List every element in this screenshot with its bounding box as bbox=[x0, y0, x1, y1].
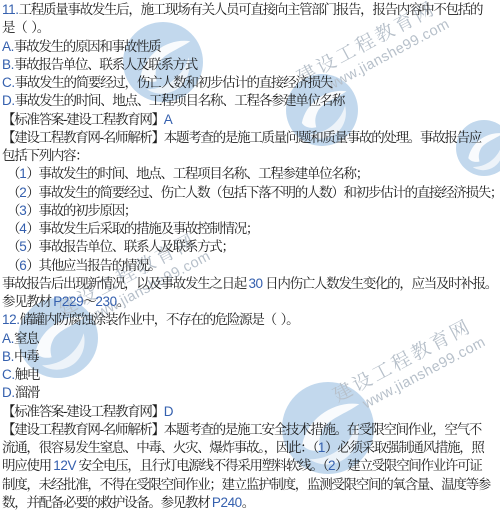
text-segment: 储罐内防腐蚀涂装作业中，不存在的危险源是（ ）。 bbox=[20, 312, 299, 327]
highlighted-text: D. bbox=[2, 93, 15, 108]
highlighted-text: 1 bbox=[318, 440, 325, 455]
text-segment: ）事故发生的简要经过、伤亡人数（包括下落不明的人数）和初步估计的直接经济损失； bbox=[26, 185, 500, 200]
text-line: 制度，未经批准，不得在受限空间作业；建立监护制度，监测受限空间的氧含量、温度等参 bbox=[2, 476, 499, 494]
text-segment: （ bbox=[7, 239, 19, 254]
text-segment: 。 bbox=[117, 294, 129, 309]
text-segment: 事故发生的原因和事故性质 bbox=[14, 39, 160, 54]
text-line: 【标准答案-建设工程教育网】D bbox=[2, 403, 499, 421]
text-segment: ）事故发生的时间、地点、工程项目名称、工程参建单位名称； bbox=[26, 166, 368, 181]
highlighted-text: C. bbox=[2, 75, 15, 90]
text-segment: 事故发生的简要经过，伤亡人数和初步估计的直接经济损失 bbox=[15, 75, 332, 90]
text-segment: 【标准答案-建设工程教育网】 bbox=[2, 404, 164, 419]
highlighted-text: P229 bbox=[53, 294, 83, 309]
highlighted-text: 30 bbox=[248, 276, 262, 291]
text-segment: （ bbox=[7, 185, 19, 200]
highlighted-text: 11. bbox=[2, 2, 19, 17]
text-segment: 触电 bbox=[15, 367, 39, 382]
text-line: （6）其他应当报告的情况。 bbox=[2, 257, 499, 275]
text-line: 参见教材 P229～230。 bbox=[2, 293, 499, 311]
text-line: 是（ ）。 bbox=[2, 19, 499, 37]
text-segment: 事故发生的时间、地点、工程项目名称、工程各参建单位名称 bbox=[15, 93, 344, 108]
text-segment: ）其他应当报告的情况。 bbox=[26, 258, 160, 273]
text-segment: 窒息 bbox=[14, 331, 38, 346]
text-segment: 。 bbox=[242, 495, 254, 510]
highlighted-text: A. bbox=[2, 331, 14, 346]
text-segment: 数，并配备必要的救护设备。参见教材 bbox=[2, 495, 212, 510]
highlighted-text: B. bbox=[2, 57, 14, 72]
text-line: （5）事故报告单位、联系人及联系方式； bbox=[2, 238, 499, 256]
text-line: 明应使用 12V 安全电压，且行灯电源线不得采用塑料软线。（2）建立受限空间作业… bbox=[2, 457, 499, 475]
text-line: 数，并配备必要的救护设备。参见教材 P240。 bbox=[2, 494, 499, 511]
text-segment: 中毒 bbox=[14, 349, 38, 364]
text-line: C.触电 bbox=[2, 366, 499, 384]
highlighted-text: 12. bbox=[2, 312, 20, 327]
text-line: A.窒息 bbox=[2, 330, 499, 348]
text-line: （2）事故发生的简要经过、伤亡人数（包括下落不明的人数）和初步估计的直接经济损失… bbox=[2, 184, 499, 202]
text-segment: ）建立受限空间作业许可证 bbox=[335, 458, 481, 473]
text-segment: 工程质量事故发生后，施工现场有关人员可直接向主管部门报告，报告内容中不包括的 bbox=[19, 2, 483, 17]
highlighted-text: C. bbox=[2, 367, 15, 382]
text-line: 流通，很容易发生窒息、中毒、火灾、爆炸事故。，因此：（1）必须采取强制通风措施，… bbox=[2, 439, 499, 457]
highlighted-text: 230 bbox=[95, 294, 116, 309]
text-segment: （ bbox=[7, 221, 19, 236]
text-line: （1）事故发生的时间、地点、工程项目名称、工程参建单位名称； bbox=[2, 165, 499, 183]
highlighted-text: D bbox=[164, 404, 173, 419]
text-segment: ）事故发生后采取的措施及事故控制情况； bbox=[26, 221, 258, 236]
text-segment: 明应使用 bbox=[2, 458, 53, 473]
text-segment: ～ bbox=[83, 294, 95, 309]
text-segment: （ bbox=[7, 203, 19, 218]
text-segment: 事故报告后出现新情况，以及事故发生之日起 bbox=[2, 276, 248, 291]
text-segment: 溜滑 bbox=[15, 385, 39, 400]
text-segment: （ bbox=[7, 166, 19, 181]
highlighted-text: A. bbox=[2, 39, 14, 54]
text-segment: 包括下列内容： bbox=[2, 148, 87, 163]
text-segment: ）事故报告单位、联系人及联系方式； bbox=[26, 239, 233, 254]
highlighted-text: B. bbox=[2, 349, 14, 364]
text-line: 包括下列内容： bbox=[2, 147, 499, 165]
text-segment: ）必须采取强制通风措施，照 bbox=[325, 440, 484, 455]
text-segment: 【建设工程教育网-名师解析】本题考查的是施工安全技术措施。在受限空间作业，空气不 bbox=[2, 422, 481, 437]
text-line: 【标准答案-建设工程教育网】A bbox=[2, 111, 499, 129]
text-segment: 是（ ）。 bbox=[2, 20, 49, 35]
text-line: 【建设工程教育网-名师解析】本题考查的是施工安全技术措施。在受限空间作业，空气不 bbox=[2, 421, 499, 439]
document-text: 11.工程质量事故发生后，施工现场有关人员可直接向主管部门报告，报告内容中不包括… bbox=[2, 1, 499, 511]
text-segment: 【标准答案-建设工程教育网】 bbox=[2, 112, 164, 127]
text-segment: （ bbox=[7, 258, 19, 273]
text-line: B.中毒 bbox=[2, 348, 499, 366]
text-line: （3）事故的初步原因； bbox=[2, 202, 499, 220]
text-segment: 事故报告单位、联系人及联系方式 bbox=[14, 57, 197, 72]
text-line: 【建设工程教育网-名师解析】本题考查的是施工质量问题和质量事故的处理。事故报告应 bbox=[2, 129, 499, 147]
text-line: A.事故发生的原因和事故性质 bbox=[2, 38, 499, 56]
document-page: 建设工程教育网 www.jianshe99.com 建设工程教育网 www.ji… bbox=[0, 0, 500, 511]
text-line: 12.储罐内防腐蚀涂装作业中，不存在的危险源是（ ）。 bbox=[2, 311, 499, 329]
text-line: （4）事故发生后采取的措施及事故控制情况； bbox=[2, 220, 499, 238]
highlighted-text: P240 bbox=[212, 495, 242, 510]
text-line: 事故报告后出现新情况，以及事故发生之日起 30 日内伤亡人数发生变化的，应当及时… bbox=[2, 275, 499, 293]
text-segment: 安全电压，且行灯电源线不得采用塑料软线。（ bbox=[76, 458, 328, 473]
text-line: B.事故报告单位、联系人及联系方式 bbox=[2, 56, 499, 74]
text-segment: 制度，未经批准，不得在受限空间作业；建立监护制度，监测受限空间的氧含量、温度等参 bbox=[2, 477, 490, 492]
highlighted-text: A bbox=[164, 112, 173, 127]
text-segment: 日内伤亡人数发生变化的，应当及时补报。 bbox=[263, 276, 497, 291]
text-line: D.事故发生的时间、地点、工程项目名称、工程各参建单位名称 bbox=[2, 92, 499, 110]
text-line: C.事故发生的简要经过，伤亡人数和初步估计的直接经济损失 bbox=[2, 74, 499, 92]
highlighted-text: D. bbox=[2, 385, 15, 400]
text-segment: 【建设工程教育网-名师解析】本题考查的是施工质量问题和质量事故的处理。事故报告应 bbox=[2, 130, 481, 145]
text-segment: 参见教材 bbox=[2, 294, 53, 309]
highlighted-text: 12V bbox=[53, 458, 76, 473]
text-line: 11.工程质量事故发生后，施工现场有关人员可直接向主管部门报告，报告内容中不包括… bbox=[2, 1, 499, 19]
text-line: D.溜滑 bbox=[2, 384, 499, 402]
text-segment: ）事故的初步原因； bbox=[26, 203, 136, 218]
text-segment: 流通，很容易发生窒息、中毒、火灾、爆炸事故。，因此：（ bbox=[2, 440, 318, 455]
